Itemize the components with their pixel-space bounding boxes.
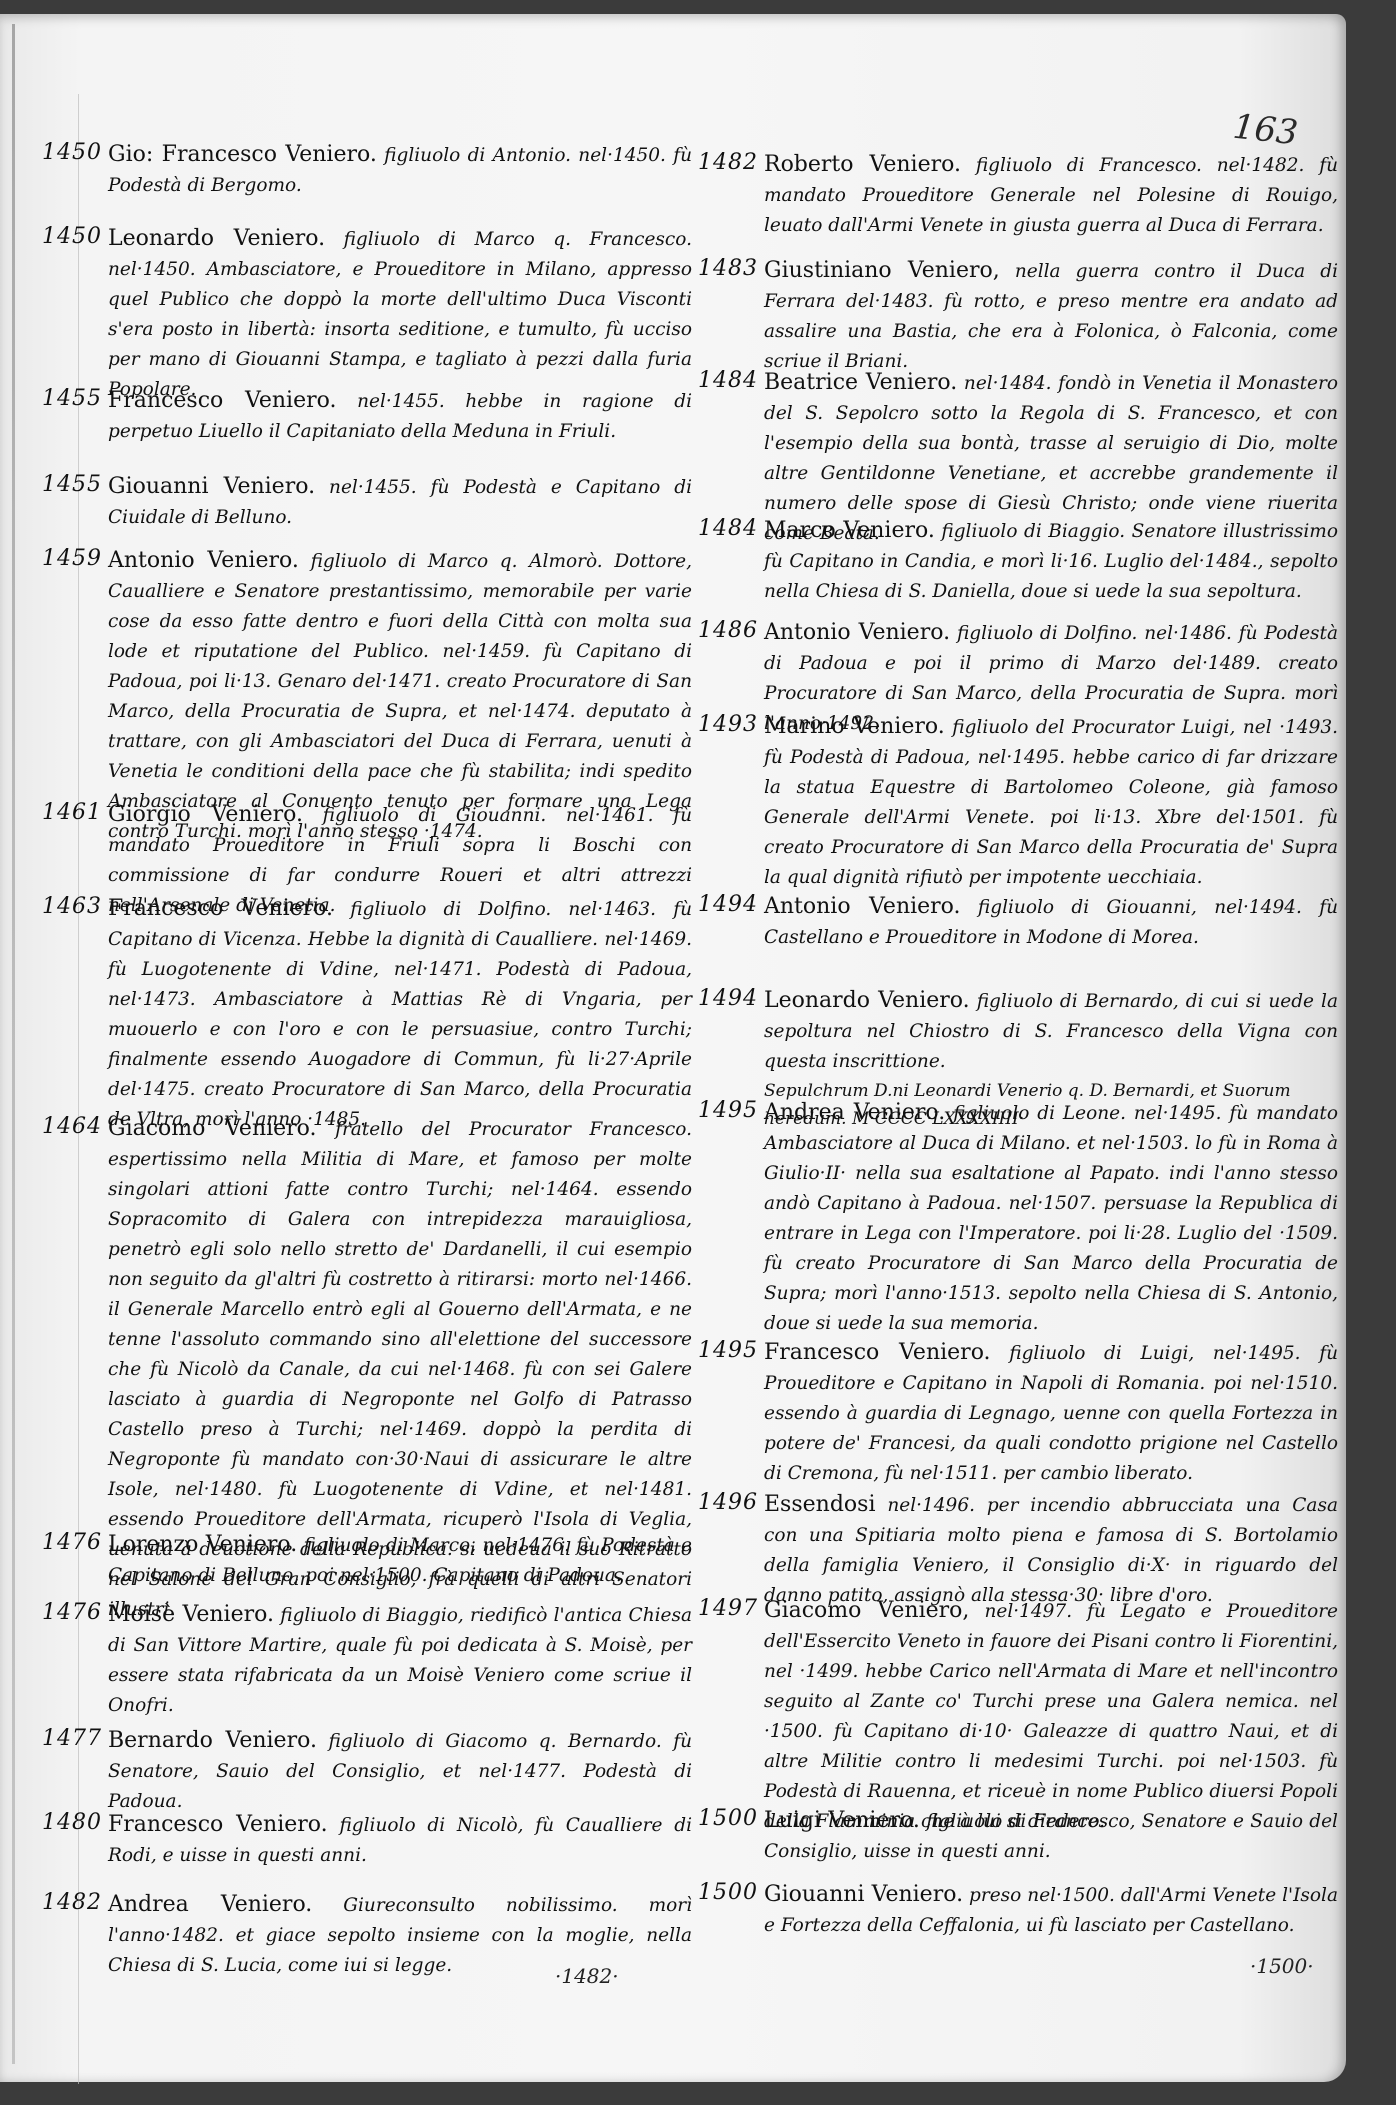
entry-name: Moisè Veniero. [108,1602,274,1627]
entry-year: 1459 [42,546,104,571]
entry-year: 1450 [42,224,104,249]
entry-year: 1450 [42,140,104,165]
entry-name: Giorgio Veniero. [108,802,303,827]
entry-year: 1493 [698,712,760,737]
entry-year: 1477 [42,1726,104,1751]
entry-text: figliuolo di Marco q. Almorò. Dottore, C… [108,551,692,842]
entry-year: 1463 [42,894,104,919]
entry-name: Lorenzo Veniero. [108,1532,297,1557]
entry: 1455 Giouanni Veniero. nel·1455. fù Pode… [42,472,692,533]
entry: 1497 Giacomo Veniero, nel·1497. fù Legat… [698,1596,1338,1837]
entry-name: Marco Veniero. [764,518,935,543]
entry-text: figliuolo di Marco q. Francesco. nel·145… [108,229,692,400]
entry-name: Luigi Veniero. [764,1808,920,1833]
entry-text: figliuolo del Procurator Luigi, nel ·149… [764,717,1338,888]
entry-name: Leonardo Veniero. [764,988,970,1013]
entry-year: 1455 [42,386,104,411]
entry-year: 1500 [698,1880,760,1905]
entry-name: Giacomo Veniero, [764,1598,969,1623]
entry-name: Gio: Francesco Veniero. [108,142,377,167]
entry: 1484 Marco Veniero. figliuolo di Biaggio… [698,516,1338,607]
entry: 1482 Roberto Veniero. figliuolo di Franc… [698,150,1338,241]
entry: 1496 Essendosi nel·1496. per incendio ab… [698,1490,1338,1611]
entry-year: 1494 [698,986,760,1011]
entry: 1493 Marino Veniero. figliuolo del Procu… [698,712,1338,893]
entry-name: Beatrice Veniero. [764,370,957,395]
entry-text: nel·1497. fù Legato e Proueditore dell'E… [764,1601,1338,1832]
entry: 1494 Antonio Veniero. figliuolo di Gioua… [698,892,1338,953]
entry-year: 1484 [698,368,760,393]
entry: 1463 Francesco Veniero. figliuolo di Dol… [42,894,692,1135]
left-footer-year: ·1482· [555,1964,619,1988]
entry-name: Francesco Veniero. [108,896,333,921]
entry-name: Giacomo Veniero. [108,1116,317,1141]
entry-name: Francesco Veniero. [108,388,337,413]
entry: 1480 Francesco Veniero. figliuolo di Nic… [42,1810,692,1871]
entry-name: Giustiniano Veniero, [764,258,1000,283]
entry-year: 1497 [698,1596,760,1621]
entry-year: 1464 [42,1114,104,1139]
entry-year: 1480 [42,1810,104,1835]
entry-name: Giouanni Veniero. [764,1882,963,1907]
entry-year: 1495 [698,1098,760,1123]
entry-text: figliuolo di Leone. nel·1495. fù mandato… [764,1103,1338,1334]
entry-year: 1486 [698,618,760,643]
entry: 1500 Giouanni Veniero. preso nel·1500. d… [698,1880,1338,1941]
entry-name: Leonardo Veniero. [108,226,325,251]
entry-year: 1482 [42,1890,104,1915]
entry: 1476 Lorenzo Veniero. figliuolo di Marco… [42,1530,692,1591]
binding-edge [12,24,15,2064]
entry: 1495 Francesco Veniero. figliuolo di Lui… [698,1338,1338,1489]
entry: 1500 Luigi Veniero. figliuolo di Frances… [698,1806,1338,1867]
entry-name: Roberto Veniero. [764,152,961,177]
entry-year: 1461 [42,800,104,825]
entry-name: Francesco Veniero. [108,1812,328,1837]
entry: 1455 Francesco Veniero. nel·1455. hebbe … [42,386,692,447]
entry-year: 1455 [42,472,104,497]
folio-number: 163 [1231,107,1300,154]
entry: 1495 Andrea Veniero. figliuolo di Leone.… [698,1098,1338,1339]
entry-year: 1476 [42,1530,104,1555]
entry-year: 1482 [698,150,760,175]
entry-name: Antonio Veniero. [108,548,299,573]
entry-name: Marino Veniero. [764,714,945,739]
entry-year: 1495 [698,1338,760,1363]
entry: 1483 Giustiniano Veniero, nella guerra c… [698,256,1338,377]
entry-name: Andrea Veniero. [764,1100,945,1125]
entry-year: 1484 [698,516,760,541]
entry-name: Giouanni Veniero. [108,474,315,499]
entry-name: Andrea Veniero. [108,1892,312,1917]
entry: 1450 Leonardo Veniero. figliuolo di Marc… [42,224,692,405]
entry-text: figliuolo di Dolfino. nel·1463. fù Capit… [108,899,692,1130]
manuscript-page: 163 1450 Gio: Francesco Veniero. figliuo… [0,14,1346,2082]
entry: 1477 Bernardo Veniero. figliuolo di Giac… [42,1726,692,1817]
entry-year: 1476 [42,1600,104,1625]
entry-year: 1494 [698,892,760,917]
entry-name: Antonio Veniero. [764,894,961,919]
entry: 1450 Gio: Francesco Veniero. figliuolo d… [42,140,692,201]
right-footer-year: ·1500· [1250,1954,1314,1978]
entry: 1476 Moisè Veniero. figliuolo di Biaggio… [42,1600,692,1721]
entry-year: 1496 [698,1490,760,1515]
entry-name: Bernardo Veniero. [108,1728,317,1753]
entry-year: 1483 [698,256,760,281]
entry-name: Francesco Veniero. [764,1340,991,1365]
entry-name: Essendosi [764,1492,875,1517]
entry-year: 1500 [698,1806,760,1831]
entry-name: Antonio Veniero. [764,620,950,645]
